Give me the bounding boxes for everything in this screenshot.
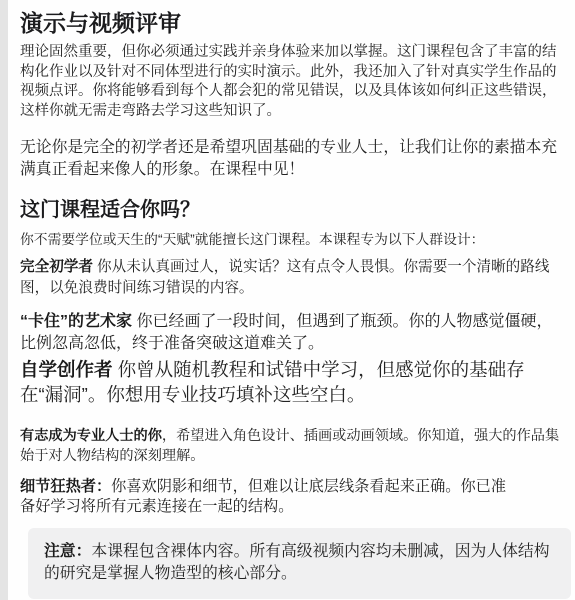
- audience-item-detail-enthusiast: 细节狂热者：你喜欢阴影和细节，但难以让底层线条看起来正确。你已准备好学习将所有元…: [20, 477, 520, 517]
- audience-lead: 有志成为专业人士的你: [20, 428, 162, 444]
- course-description-page: 演示与视频评审 理论固然重要，但你必须通过实践并亲身体验来加以掌握。这门课程包含…: [0, 0, 575, 600]
- audience-item-aspiring-professional: 有志成为专业人士的你，希望进入角色设计、插画或动画领域。你知道，强大的作品集始于…: [20, 426, 561, 466]
- audience-lead: “卡住”的艺术家: [20, 313, 136, 330]
- note-text: 本课程包含裸体内容。所有高级视频内容均未删减，因为人体结构的研究是掌握人物造型的…: [44, 543, 550, 582]
- audience-lead: 完全初学者: [20, 259, 97, 275]
- closing-paragraph: 无论你是完全的初学者还是希望巩固基础的专业人士，让我们让你的素描本充满真正看起来…: [20, 137, 561, 181]
- note-paragraph: 注意：本课程包含裸体内容。所有高级视频内容均未删减，因为人体结构的研究是掌握人物…: [44, 541, 555, 585]
- page-content: 演示与视频评审 理论固然重要，但你必须通过实践并亲身体验来加以掌握。这门课程包含…: [0, 0, 575, 599]
- page-title: 演示与视频评审: [20, 8, 561, 38]
- audience-item-stuck-artist: “卡住”的艺术家 你已经画了一段时间，但遇到了瓶颈。你的人物感觉僵硬，比例忽高忽…: [20, 311, 561, 355]
- audience-item-complete-beginner: 完全初学者 你从未认真画过人，说实话？这有点令人畏惧。你需要一个清晰的路线图，以…: [20, 257, 561, 299]
- section-title-is-this-course-for-you: 这门课程适合你吗？: [20, 195, 561, 225]
- page-left-edge: [0, 0, 8, 600]
- nudity-content-note-box: 注意：本课程包含裸体内容。所有高级视频内容均未删减，因为人体结构的研究是掌握人物…: [28, 528, 571, 599]
- audience-item-self-taught-creator: 自学创作者 你曾从随机教程和试错中学习，但感觉你的基础存在“漏洞”。你想用专业技…: [20, 358, 561, 407]
- note-lead: 注意：: [44, 543, 91, 560]
- section-intro: 你不需要学位或天生的“天赋”就能擅长这门课程。本课程专为以下人群设计：: [20, 231, 561, 249]
- audience-lead: 细节狂热者：: [20, 478, 111, 495]
- audience-lead: 自学创作者: [20, 359, 118, 380]
- audience-text: 你从未认真画过人，说实话？这有点令人畏惧。你需要一个清晰的路线图，以免浪费时间练…: [20, 259, 549, 296]
- intro-paragraph: 理论固然重要，但你必须通过实践并亲身体验来加以掌握。这门课程包含了丰富的结构化作…: [20, 43, 561, 121]
